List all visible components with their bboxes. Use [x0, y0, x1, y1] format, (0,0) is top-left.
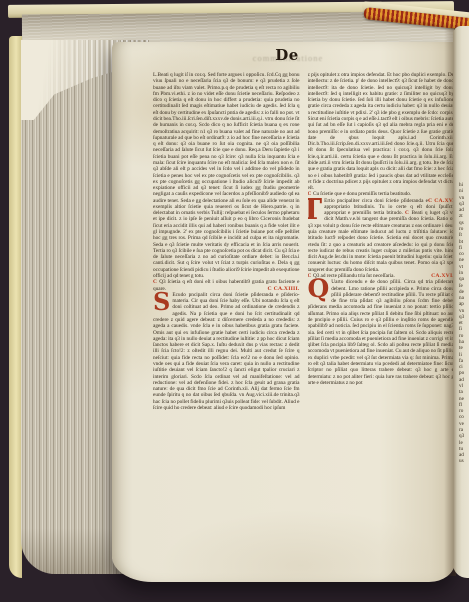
- running-title: De: [254, 46, 320, 64]
- photo-of-open-book: communicatione De L.Beati q lugit iſ in …: [0, 0, 469, 602]
- text-column-1: L.Beati q lugit iſ in cor.q. Sed forte a…: [153, 72, 300, 510]
- facing-page-text: hi ni vn q3 ad zt qs ro ſt bt fi co ne v…: [453, 26, 469, 465]
- body-paragraph: z pijs opitulet z otra impios defendat. …: [308, 72, 455, 191]
- rubricated-initial-Q: Q: [308, 280, 330, 299]
- chapter-paragraph: QUarto dicendu e de dono pſilii. Circa q…: [308, 279, 455, 386]
- rubricated-initial-T: T: [308, 199, 323, 221]
- chapter-paragraph: SEcudo pncipalit circa doni ſcietie pſid…: [153, 292, 300, 411]
- pilcrow-mark: C: [405, 210, 409, 216]
- rubricated-initial-S: S: [153, 293, 170, 311]
- text-column-2: z pijs opitulet z otra impios defendat. …: [308, 72, 455, 510]
- left-page: communicatione De L.Beati q lugit iſ in …: [112, 42, 455, 582]
- facing-page-edge: hi ni vn q3 ad zt qs ro ſt bt fi co ne v…: [453, 26, 469, 578]
- pilcrow-mark: C: [153, 279, 157, 285]
- pilcrow-mark: C: [267, 286, 272, 292]
- pilcrow-mark: C: [308, 273, 312, 279]
- chapter-number: C CA.XIIII.: [267, 286, 299, 292]
- pilcrow-mark: C: [308, 191, 312, 197]
- body-paragraph: L.Beati q lugit iſ in cor.q. Sed forte a…: [153, 72, 300, 279]
- chapter-paragraph: C CA.XV.TErtio pncipaliter circa doni ſc…: [308, 198, 455, 273]
- chapter-rubric: C Q3 ſcietia q eſt doni eſt i oibus habe…: [153, 279, 300, 292]
- text-columns: L.Beati q lugit iſ in cor.q. Sed forte a…: [153, 72, 454, 510]
- pilcrow-mark: C: [428, 198, 433, 204]
